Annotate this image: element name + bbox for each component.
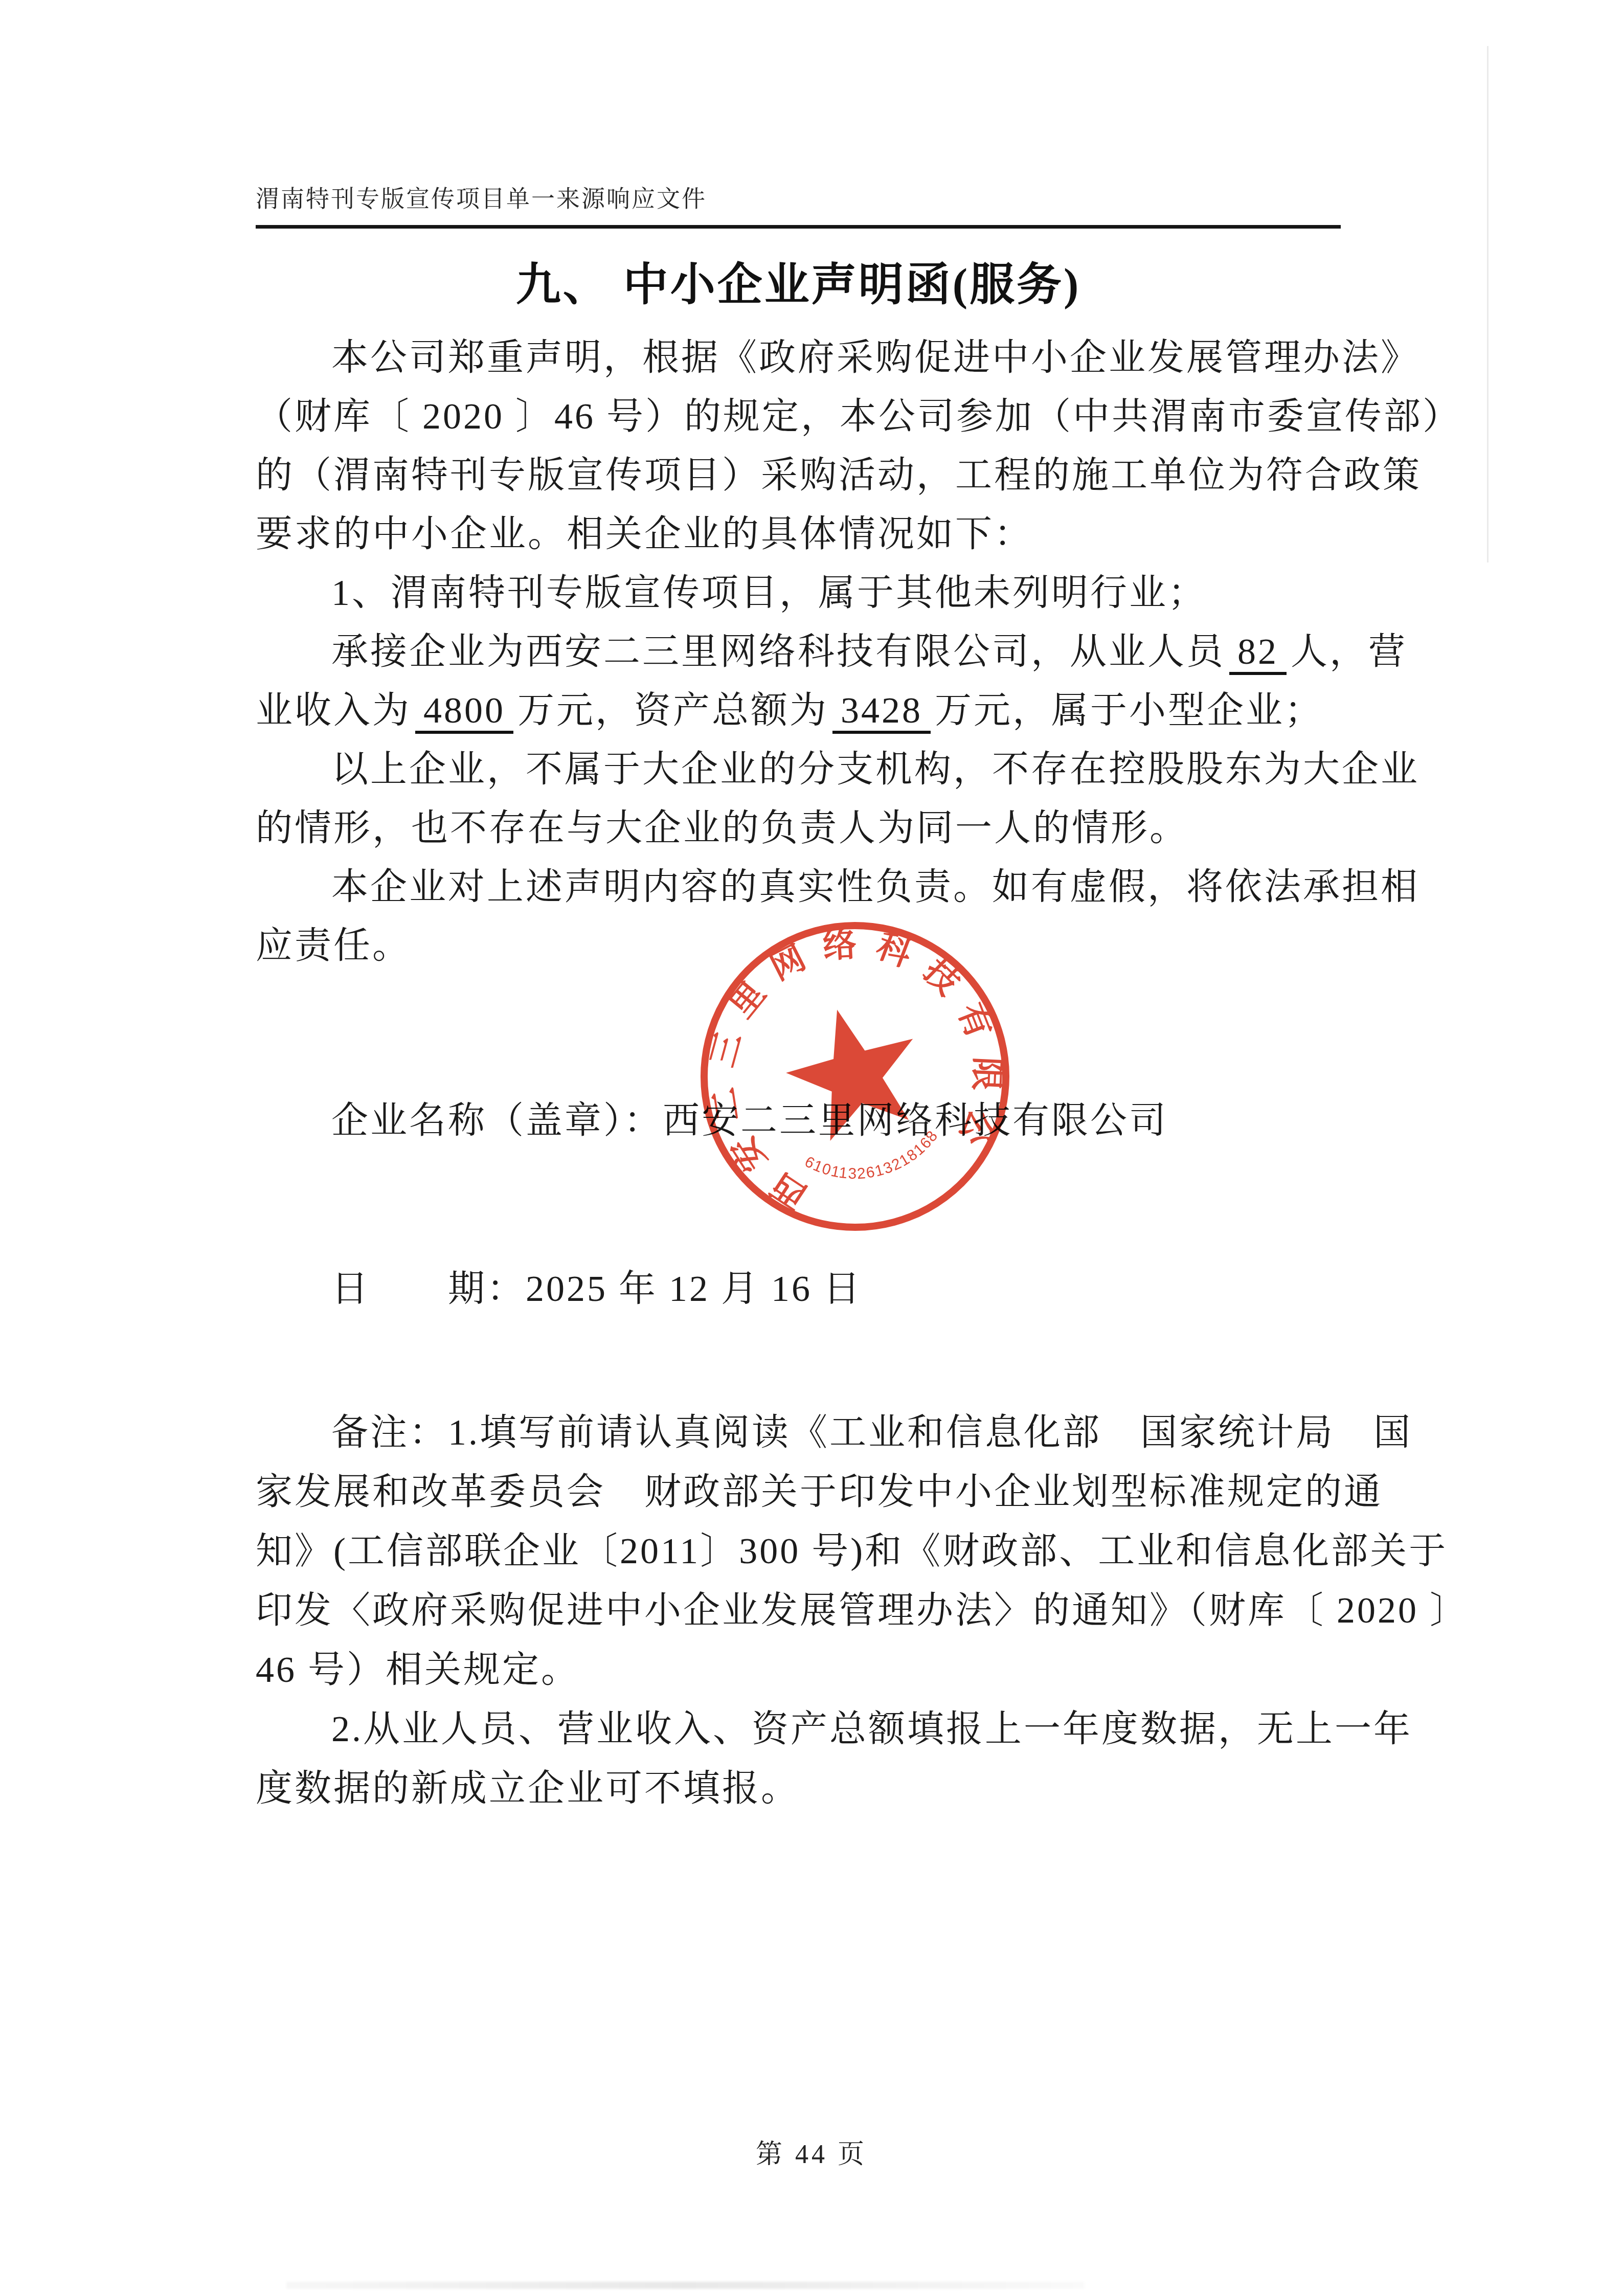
page-number: 第 44 页	[0, 2132, 1623, 2171]
document-page: 渭南特刊专版宣传项目单一来源响应文件 九、 中小企业声明函(服务) 本公司郑重声…	[0, 0, 1623, 2296]
note-line: 知》(工信部联企业〔2011〕300 号)和《财政部、工业和信息化部关于	[256, 1521, 1370, 1581]
declaration-line: 以上企业，不属于大企业的分支机构，不存在控股股东为大企业	[256, 740, 1360, 799]
declaration-line: 业收入为4800万元，资产总额为3428万元，属于小型企业；	[256, 681, 1360, 740]
scan-artifact-bleedthrough	[286, 2282, 1084, 2289]
notes-section: 备注：1.填写前请认真阅读《工业和信息化部 国家统计局 国 家发展和改革委员会 …	[256, 1403, 1370, 1818]
document-header: 渭南特刊专版宣传项目单一来源响应文件	[256, 180, 707, 214]
note-line: 度数据的新成立企业可不填报。	[256, 1759, 1370, 1818]
seal-star-icon	[774, 993, 933, 1147]
revenue-value: 4800	[415, 690, 513, 734]
line-text: 万元，属于小型企业；	[935, 690, 1323, 731]
declaration-line: 承接企业为西安二三里网络科技有限公司，从业人员82人，营	[256, 622, 1360, 681]
line-text: 业收入为	[256, 690, 411, 731]
note-line: 家发展和改革委员会 财政部关于印发中小企业划型标准规定的通	[256, 1462, 1370, 1521]
note-line: 备注：1.填写前请认真阅读《工业和信息化部 国家统计局 国	[256, 1403, 1370, 1462]
note-line: 2.从业人员、营业收入、资产总额填报上一年度数据，无上一年	[256, 1699, 1370, 1759]
note-line: 46 号）相关规定。	[256, 1640, 1370, 1699]
date-line: 日 期：2025 年 12 月 16 日	[256, 1258, 1436, 1312]
employee-count-value: 82	[1229, 631, 1287, 675]
seal-serial-number: 6101132613218168	[799, 1119, 948, 1198]
line-text: 人，营	[1291, 631, 1407, 672]
line-text: 承接企业为西安二三里网络科技有限公司，从业人员	[331, 631, 1225, 672]
assets-value: 3428	[832, 690, 931, 734]
declaration-line: （财库〔 2020 〕46 号）的规定，本公司参加（中共渭南市委宣传部）	[256, 387, 1360, 446]
declaration-line: 的情形，也不存在与大企业的负责人为同一人的情形。	[256, 799, 1360, 858]
declaration-line: 本企业对上述声明内容的真实性负责。如有虚假，将依法承担相	[256, 858, 1360, 916]
declaration-line: 1、渭南特刊专版宣传项目，属于其他未列明行业；	[256, 564, 1360, 622]
declaration-line: 本公司郑重声明，根据《政府采购促进中小企业发展管理办法》	[256, 328, 1360, 387]
declaration-body: 本公司郑重声明，根据《政府采购促进中小企业发展管理办法》 （财库〔 2020 〕…	[256, 328, 1360, 975]
declaration-line: 要求的中小企业。相关企业的具体情况如下：	[256, 505, 1360, 564]
line-text: 万元，资产总额为	[517, 690, 828, 731]
declaration-line: 的（渭南特刊专版宣传项目）采购活动，工程的施工单位为符合政策	[256, 446, 1360, 505]
header-rule	[256, 225, 1341, 229]
scan-artifact-edge	[1487, 46, 1489, 562]
note-line: 印发〈政府采购促进中小企业发展管理办法〉的通知》（财库〔 2020 〕	[256, 1581, 1370, 1640]
page-title: 九、 中小企业声明函(服务)	[256, 249, 1341, 313]
